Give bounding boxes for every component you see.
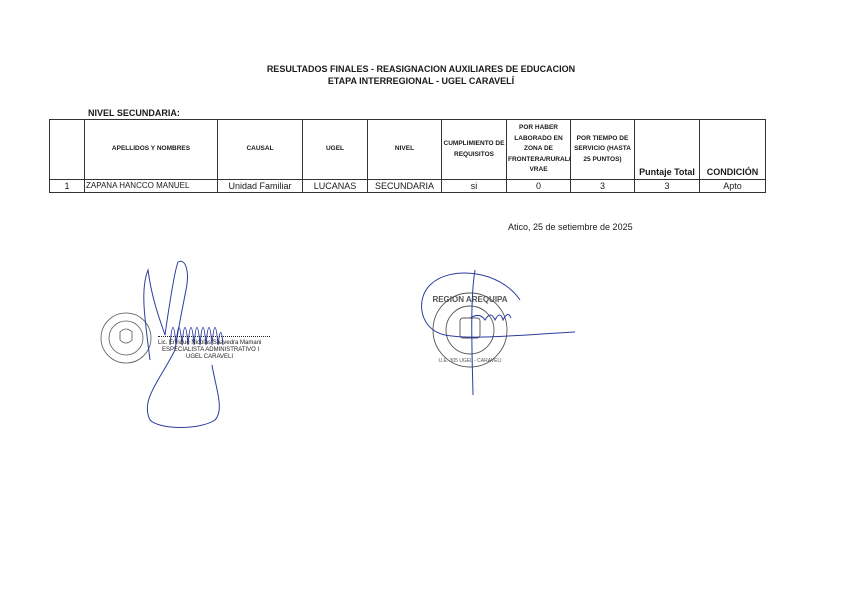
signer-name: Lic. Enrique Nicolas Saavedra Mamani [158,340,261,347]
signer-office: UGEL CARAVELI [158,354,261,361]
svg-text:U.E. 305 UGEL - CARAVELI: U.E. 305 UGEL - CARAVELI [438,358,501,364]
svg-text:REGION AREQUIPA: REGION AREQUIPA [432,295,507,304]
signer-role: ESPECIALISTA ADMINISTRATIVO I [158,347,261,354]
left-seal-icon: REGION AREQUIPA U.E. 305 UGEL - CARAVELI [0,0,842,595]
signature-dotted-line [158,336,270,337]
left-signer-block: Lic. Enrique Nicolas Saavedra Mamani ESP… [158,340,261,361]
